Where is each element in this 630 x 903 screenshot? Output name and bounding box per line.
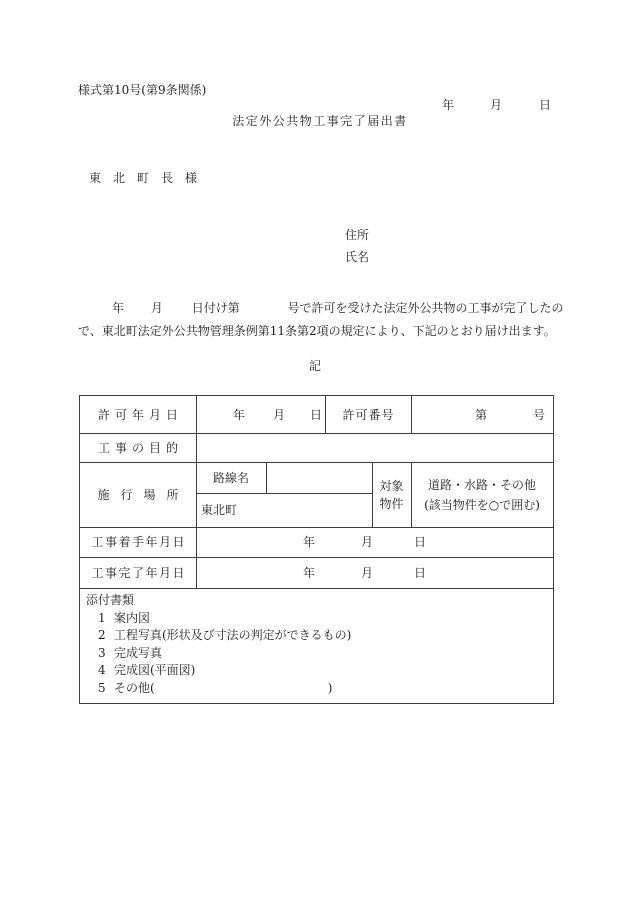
permit-number-label: 許可番号: [342, 409, 394, 421]
permit-number-value-cell: 第 号: [411, 396, 553, 433]
start-date-value-cell: 年 月 日: [196, 527, 553, 557]
target-object-options: 道路・水路・その他: [428, 475, 536, 495]
town-prefix-cell: 東北町: [196, 493, 372, 527]
attachments-title: 添付書類: [86, 592, 134, 610]
attachment-item-close-paren: ): [328, 680, 333, 698]
form-table: 許可年月日 年 月 日 許可番号 第 号 工事の目的 施行場所 路線名 東北町: [79, 395, 554, 704]
permit-date-label-cell: 許可年月日: [80, 396, 196, 433]
purpose-label: 工事の目的: [98, 442, 183, 454]
completion-date-year: 年: [303, 567, 315, 579]
document-page: 様式第10号(第9条関係) 年 月 日 法定外公共物工事完了届出書 東 北 町 …: [0, 0, 630, 903]
attachment-other-blank: [155, 680, 328, 698]
attachment-item: 3 完成写真: [86, 645, 162, 663]
applicant-name-label: 氏名: [345, 251, 369, 263]
attachment-item-number: 4: [98, 662, 114, 680]
attachment-item-text: 案内図: [114, 610, 150, 628]
permit-number-suffix: 号: [533, 409, 545, 421]
header-date-year: 年: [442, 99, 454, 111]
start-date-day: 日: [414, 536, 426, 548]
page-title: 法定外公共物工事完了届出書: [5, 115, 630, 127]
permit-date-month: 月: [273, 409, 285, 421]
permit-date-value-cell: 年 月 日: [196, 396, 325, 433]
start-date-year: 年: [303, 536, 315, 548]
town-prefix: 東北町: [201, 504, 237, 516]
body-month-label: 月: [151, 301, 163, 315]
attachment-item-text: 完成図(平面図): [114, 662, 195, 680]
body-date-no-label: 日付け第: [192, 301, 240, 315]
applicant-address-label: 住所: [345, 229, 369, 241]
purpose-value-cell: [196, 433, 553, 462]
ki-heading: 記: [0, 360, 630, 372]
location-label: 施行場所: [97, 489, 189, 501]
permit-number-label-cell: 許可番号: [325, 396, 411, 433]
attachment-item-number: 5: [98, 680, 114, 698]
attachment-item-text: その他(: [114, 680, 155, 698]
attachment-item-number: 3: [98, 645, 114, 663]
attachments-cell: 添付書類 1 案内図 2 工程写真(形状及び寸法の判定ができるもの) 3 完成写…: [80, 588, 553, 703]
header-date-day: 日: [539, 99, 551, 111]
form-number: 様式第10号(第9条関係): [78, 84, 206, 96]
route-name-label: 路線名: [213, 472, 249, 484]
attachment-item: 1 案内図: [86, 610, 150, 628]
header-date-month: 月: [490, 99, 502, 111]
attachment-item-text: 工程写真(形状及び寸法の判定ができるもの): [114, 627, 351, 645]
target-object-label-line1: 対象: [379, 477, 403, 495]
completion-date-month: 月: [361, 567, 373, 579]
target-object-options-cell: 道路・水路・その他 (該当物件を○で囲む): [411, 462, 553, 527]
permit-number-prefix: 第: [475, 409, 487, 421]
attachment-item: 4 完成図(平面図): [86, 662, 195, 680]
route-name-label-cell: 路線名: [196, 462, 266, 493]
attachment-item-number: 2: [98, 627, 114, 645]
body-line1-rest: 号で許可を受けた法定外公共物の工事が完了したの: [288, 301, 564, 315]
header-date-line: 年 月 日: [442, 99, 551, 111]
target-object-label-cell: 対象 物件: [372, 462, 411, 527]
target-object-options-note: (該当物件を○で囲む): [424, 495, 540, 515]
completion-date-day: 日: [414, 567, 426, 579]
permit-date-year: 年: [233, 409, 245, 421]
completion-date-label-cell: 工事完了年月日: [80, 557, 196, 588]
attachment-item-text: 完成写真: [114, 645, 162, 663]
body-paragraph-line2: で、東北町法定外公共物管理条例第11条第2項の規定により、下記のとおり届け出ます…: [78, 325, 556, 337]
completion-date-label: 工事完了年月日: [91, 567, 186, 579]
body-year-label: 年: [112, 301, 124, 315]
location-label-cell: 施行場所: [80, 462, 196, 527]
permit-date-day: 日: [310, 409, 322, 421]
start-date-label-cell: 工事着手年月日: [80, 527, 196, 557]
completion-date-value-cell: 年 月 日: [196, 557, 553, 588]
attachment-item-number: 1: [98, 610, 114, 628]
addressee: 東 北 町 長 様: [89, 172, 197, 184]
route-name-value-cell: [266, 462, 372, 493]
purpose-label-cell: 工事の目的: [80, 433, 196, 462]
attachment-item: 2 工程写真(形状及び寸法の判定ができるもの): [86, 627, 351, 645]
target-object-label-line2: 物件: [379, 495, 403, 513]
attachment-item: 5 その他( ): [86, 680, 332, 698]
permit-date-label: 許可年月日: [98, 409, 183, 421]
start-date-month: 月: [361, 536, 373, 548]
body-paragraph-line1: 年 月 日付け第 号で許可を受けた法定外公共物の工事が完了したの: [78, 302, 564, 314]
start-date-label: 工事着手年月日: [91, 536, 186, 548]
